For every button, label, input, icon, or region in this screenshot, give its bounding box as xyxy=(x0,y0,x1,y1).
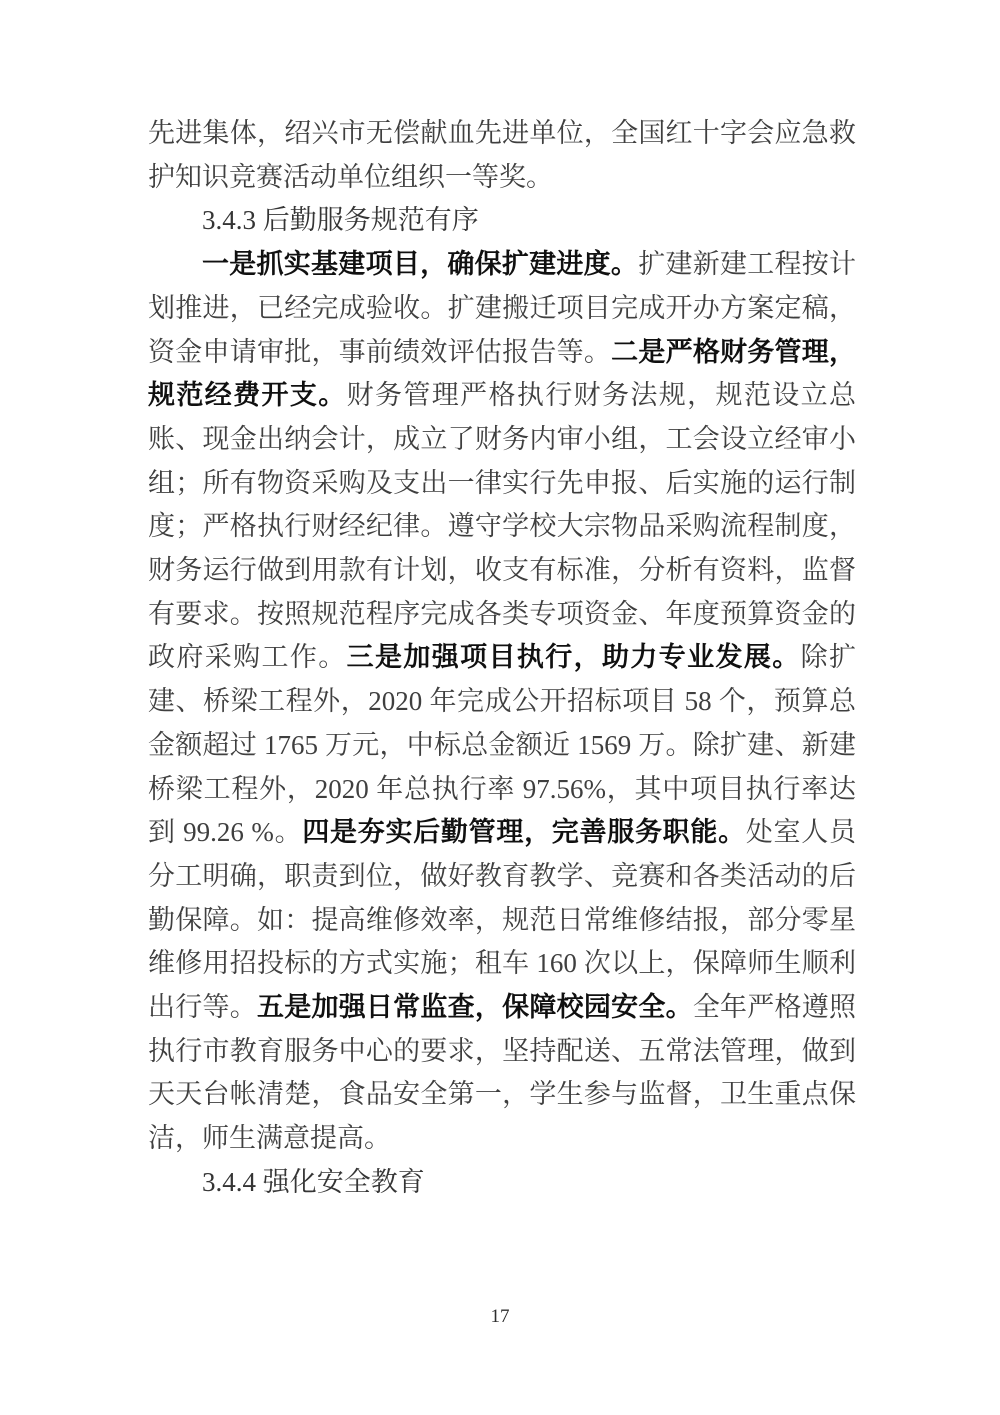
paragraph-award-continuation: 先进集体，绍兴市无偿献血先进单位，全国红十字会应急救护知识竞赛活动单位组织一等奖… xyxy=(148,112,856,199)
text-block: 先进集体，绍兴市无偿献血先进单位，全国红十字会应急救护知识竞赛活动单位组织一等奖… xyxy=(148,112,856,1205)
section-heading-3-4-4: 3.4.4 强化安全教育 xyxy=(148,1161,856,1205)
body-text-run: 3.4.4 强化安全教育 xyxy=(202,1167,425,1197)
emphasis-text-run: 四是夯实后勤管理，完善服务职能。 xyxy=(302,817,746,847)
document-page: 先进集体，绍兴市无偿献血先进单位，全国红十字会应急救护知识竞赛活动单位组织一等奖… xyxy=(0,0,1000,1415)
emphasis-text-run: 三是加强项目执行，助力专业发展。 xyxy=(347,642,801,672)
emphasis-text-run: 一是抓实基建项目，确保扩建进度。 xyxy=(202,249,638,279)
paragraph-logistics-service: 一是抓实基建项目，确保扩建进度。扩建新建工程按计划推进，已经完成验收。扩建搬迁项… xyxy=(148,243,856,1161)
emphasis-text-run: 五是加强日常监查，保障校园安全。 xyxy=(257,992,693,1022)
body-text-run: 财务管理严格执行财务法规，规范设立总账、现金出纳会计，成立了财务内审小组，工会设… xyxy=(148,380,856,672)
section-heading-3-4-3: 3.4.3 后勤服务规范有序 xyxy=(148,199,856,243)
body-text-run: 先进集体，绍兴市无偿献血先进单位，全国红十字会应急救护知识竞赛活动单位组织一等奖… xyxy=(148,118,856,192)
body-text-run: 3.4.3 后勤服务规范有序 xyxy=(202,205,479,235)
page-number: 17 xyxy=(0,1305,1000,1329)
